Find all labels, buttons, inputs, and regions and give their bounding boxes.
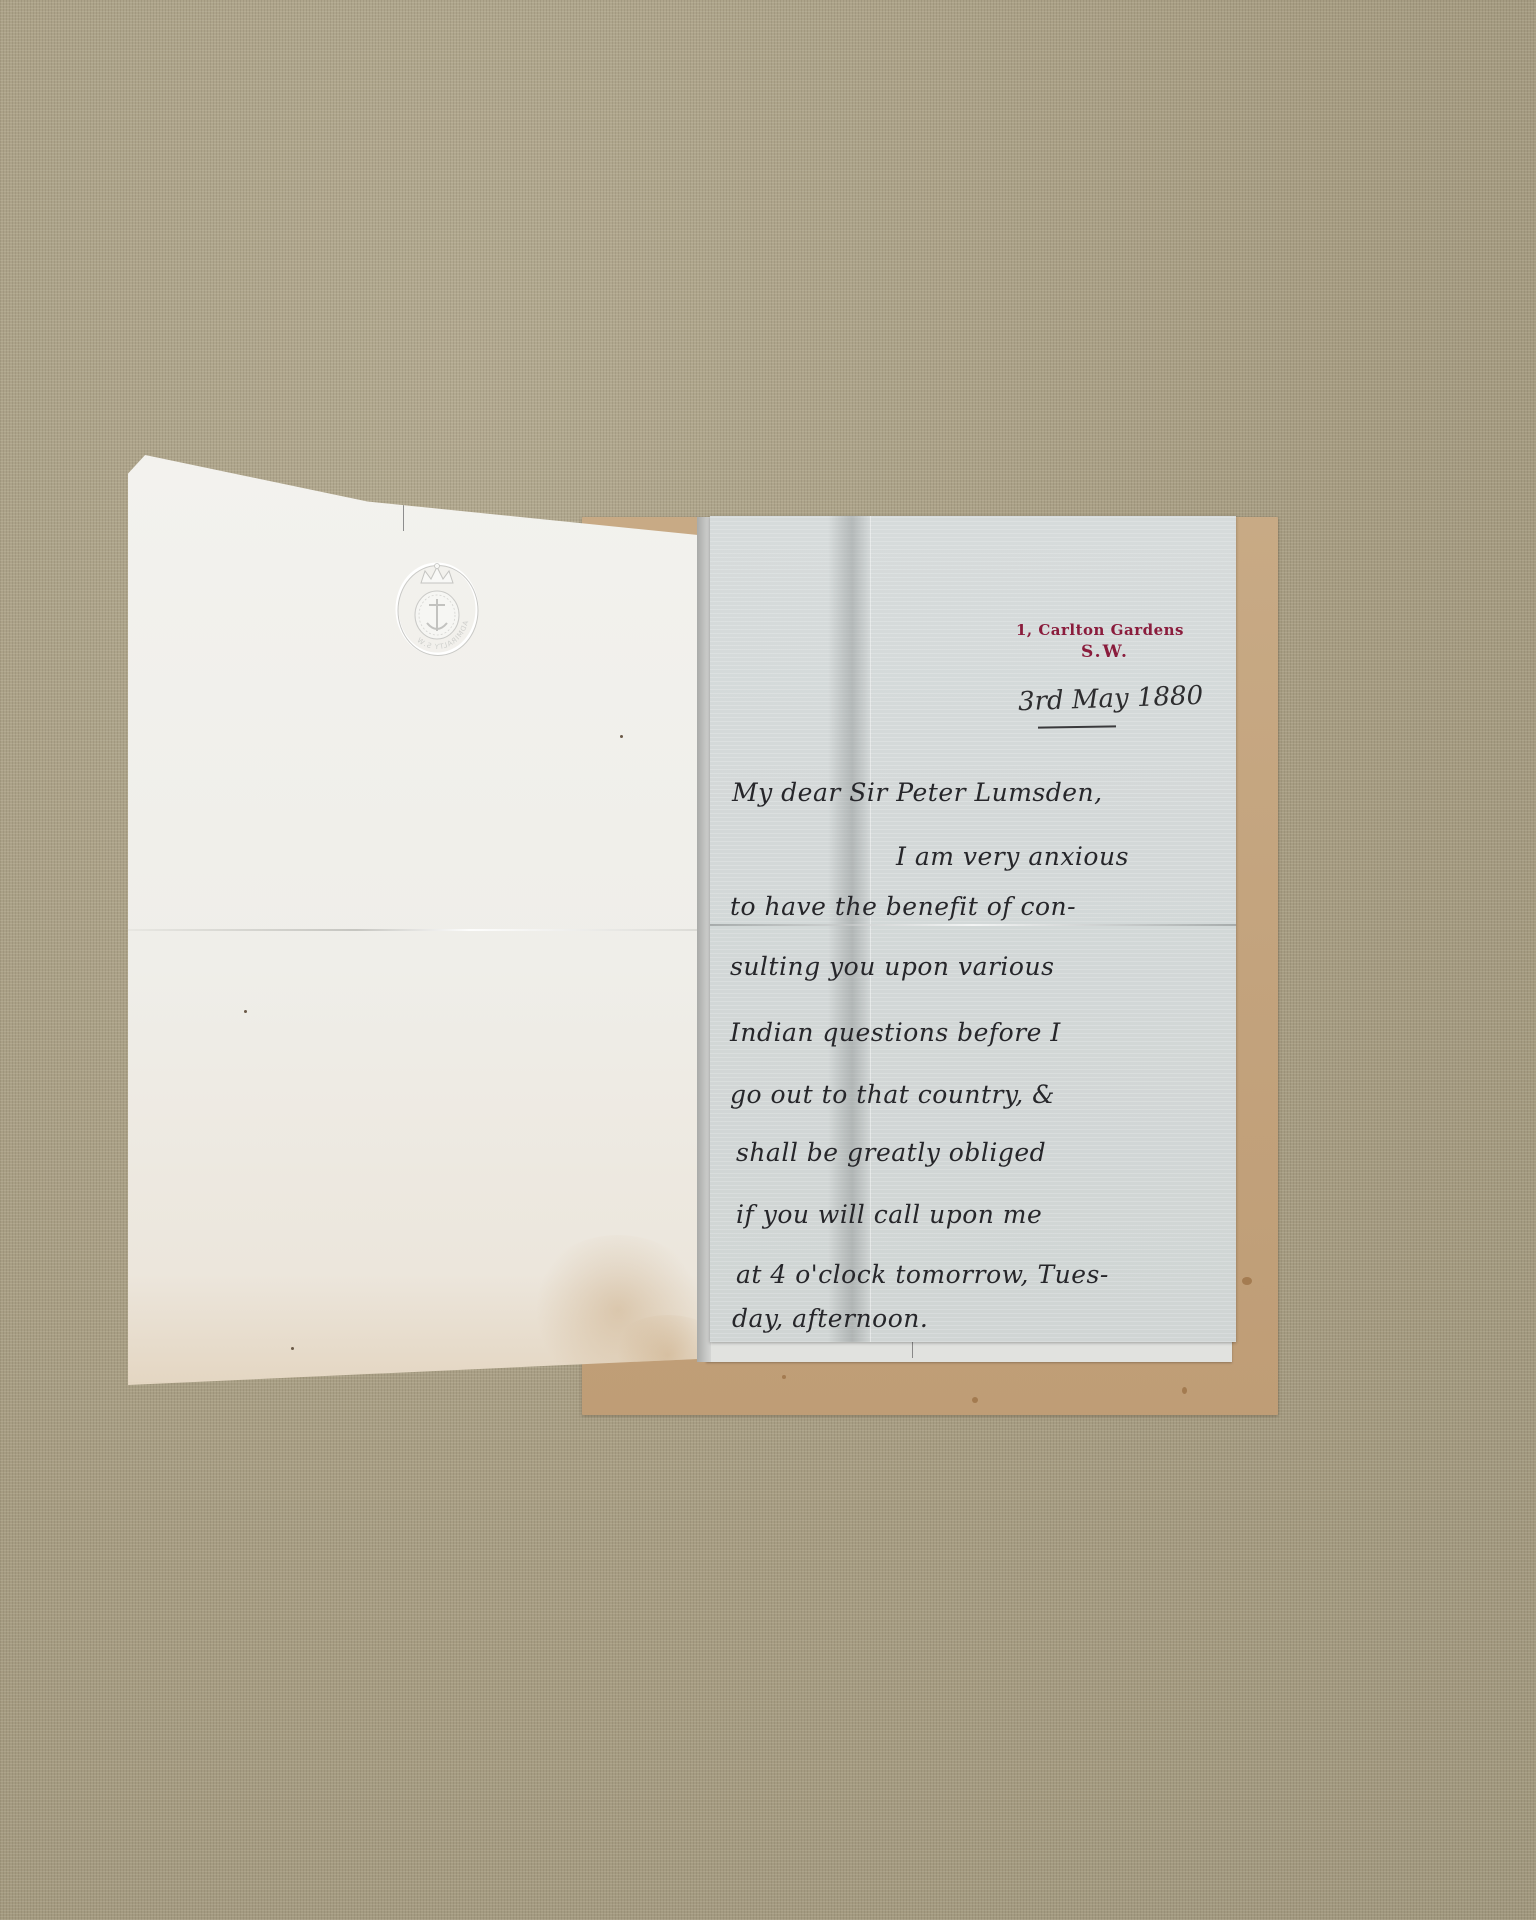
page-gutter-shadow <box>697 517 711 1362</box>
body-line: shall be greatly obliged <box>736 1138 1046 1167</box>
stain-spot <box>1182 1387 1187 1394</box>
letter-sheet: 1, Carlton Gardens S.W. 3rd May 1880 My … <box>710 516 1236 1342</box>
letterhead-district: S.W. <box>1016 643 1184 662</box>
body-line: go out to that country, & <box>730 1080 1055 1109</box>
body-line: Indian questions before I <box>730 1018 1061 1047</box>
stain-spot <box>1242 1277 1252 1285</box>
body-line: to have the benefit of con- <box>730 892 1076 921</box>
body-line: I am very anxious <box>896 842 1129 871</box>
speck <box>620 735 623 738</box>
stain-spot <box>782 1375 786 1379</box>
letterhead: 1, Carlton Gardens S.W. <box>1016 622 1184 661</box>
body-line: at 4 o'clock tomorrow, Tues- <box>736 1260 1109 1289</box>
letter-date: 3rd May 1880 <box>1018 681 1204 717</box>
stain-spot <box>972 1397 978 1403</box>
horizontal-fold-crease <box>710 924 1236 926</box>
edge-tear <box>403 495 404 531</box>
letterhead-address: 1, Carlton Gardens <box>1016 622 1184 639</box>
speck <box>291 1347 294 1350</box>
speck <box>244 1010 247 1013</box>
horizontal-fold-crease <box>128 929 698 931</box>
body-line: sulting you upon various <box>730 952 1054 981</box>
salutation: My dear Sir Peter Lumsden, <box>732 778 1103 807</box>
date-underline <box>1038 725 1116 728</box>
body-line: day, afternoon. <box>732 1304 928 1333</box>
body-line: if you will call upon me <box>736 1200 1042 1229</box>
embossed-admiralty-seal-icon: ADMIRALTY S.W <box>393 553 481 657</box>
